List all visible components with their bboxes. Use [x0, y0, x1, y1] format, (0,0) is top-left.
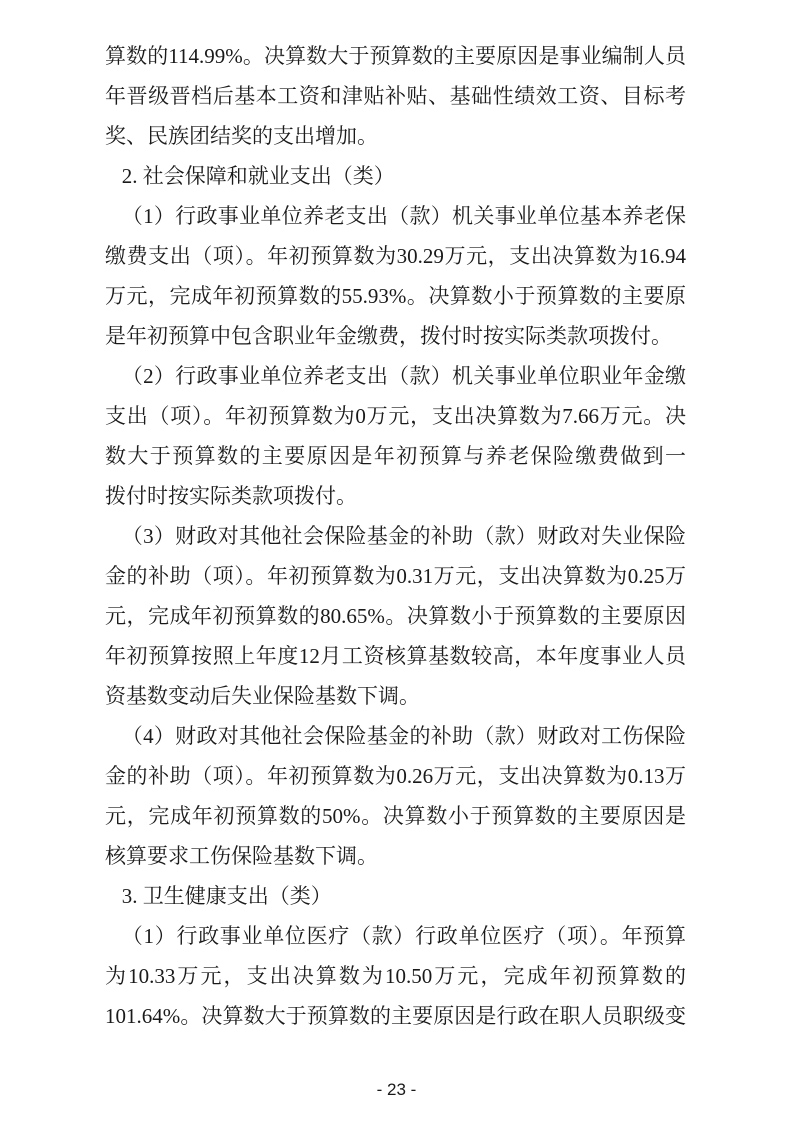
text-line: 金的补助（项）。年初预算数为0.31万元，支出决算数为0.25万: [105, 556, 686, 596]
text-line: （1）行政事业单位医疗（款）行政单位医疗（项）。年预算数: [105, 916, 686, 956]
text-line: （1）行政事业单位养老支出（款）机关事业单位基本养老保险: [105, 196, 686, 236]
text-line: 元，完成年初预算数的80.65%。决算数小于预算数的主要原因是: [105, 596, 686, 636]
text-line: 数大于预算数的主要原因是年初预算与养老保险缴费做到一起，: [105, 436, 686, 476]
text-line: 算数的114.99%。决算数大于预算数的主要原因是事业编制人员每: [105, 36, 686, 76]
paragraph: （1）行政事业单位医疗（款）行政单位医疗（项）。年预算数为10.33万元，支出决…: [105, 916, 686, 1036]
text-line: 金的补助（项）。年初预算数为0.26万元，支出决算数为0.13万: [105, 756, 686, 796]
paragraph: 3. 卫生健康支出（类）: [105, 876, 686, 916]
text-line: 资基数变动后失业保险基数下调。: [105, 676, 686, 716]
paragraph: （4）财政对其他社会保险基金的补助（款）财政对工伤保险基金的补助（项）。年初预算…: [105, 716, 686, 876]
text-line: 3. 卫生健康支出（类）: [105, 876, 686, 916]
text-line: （4）财政对其他社会保险基金的补助（款）财政对工伤保险基: [105, 716, 686, 756]
text-line: 101.64%。决算数大于预算数的主要原因是行政在职人员职级变动: [105, 996, 686, 1036]
text-line: （2）行政事业单位养老支出（款）机关事业单位职业年金缴费: [105, 356, 686, 396]
document-page: 算数的114.99%。决算数大于预算数的主要原因是事业编制人员每年晋级晋档后基本…: [0, 0, 793, 1122]
text-line: 元，完成年初预算数的50%。决算数小于预算数的主要原因是按照: [105, 796, 686, 836]
text-line: 缴费支出（项）。年初预算数为30.29万元，支出决算数为16.94: [105, 236, 686, 276]
text-line: 支出（项）。年初预算数为0万元，支出决算数为7.66万元。决算: [105, 396, 686, 436]
paragraph: （1）行政事业单位养老支出（款）机关事业单位基本养老保险缴费支出（项）。年初预算…: [105, 196, 686, 356]
document-body: 算数的114.99%。决算数大于预算数的主要原因是事业编制人员每年晋级晋档后基本…: [105, 36, 686, 1036]
text-line: 2. 社会保障和就业支出（类）: [105, 156, 686, 196]
text-line: 年晋级晋档后基本工资和津贴补贴、基础性绩效工资、目标考核: [105, 76, 686, 116]
paragraph: 2. 社会保障和就业支出（类）: [105, 156, 686, 196]
text-line: 核算要求工伤保险基数下调。: [105, 836, 686, 876]
paragraph: （3）财政对其他社会保险基金的补助（款）财政对失业保险基金的补助（项）。年初预算…: [105, 516, 686, 716]
text-line: 奖、民族团结奖的支出增加。: [105, 116, 686, 156]
text-line: 拨付时按实际类款项拨付。: [105, 476, 686, 516]
text-line: 是年初预算中包含职业年金缴费，拨付时按实际类款项拨付。: [105, 316, 686, 356]
text-line: 年初预算按照上年度12月工资核算基数较高，本年度事业人员工: [105, 636, 686, 676]
paragraph: （2）行政事业单位养老支出（款）机关事业单位职业年金缴费支出（项）。年初预算数为…: [105, 356, 686, 516]
page-footer: - 23 -: [0, 1080, 793, 1100]
text-line: 万元，完成年初预算数的55.93%。决算数小于预算数的主要原因: [105, 276, 686, 316]
text-line: （3）财政对其他社会保险基金的补助（款）财政对失业保险基: [105, 516, 686, 556]
text-line: 为10.33万元，支出决算数为10.50万元，完成年初预算数的: [105, 956, 686, 996]
paragraph: 算数的114.99%。决算数大于预算数的主要原因是事业编制人员每年晋级晋档后基本…: [105, 36, 686, 156]
page-number: - 23 -: [377, 1080, 417, 1099]
